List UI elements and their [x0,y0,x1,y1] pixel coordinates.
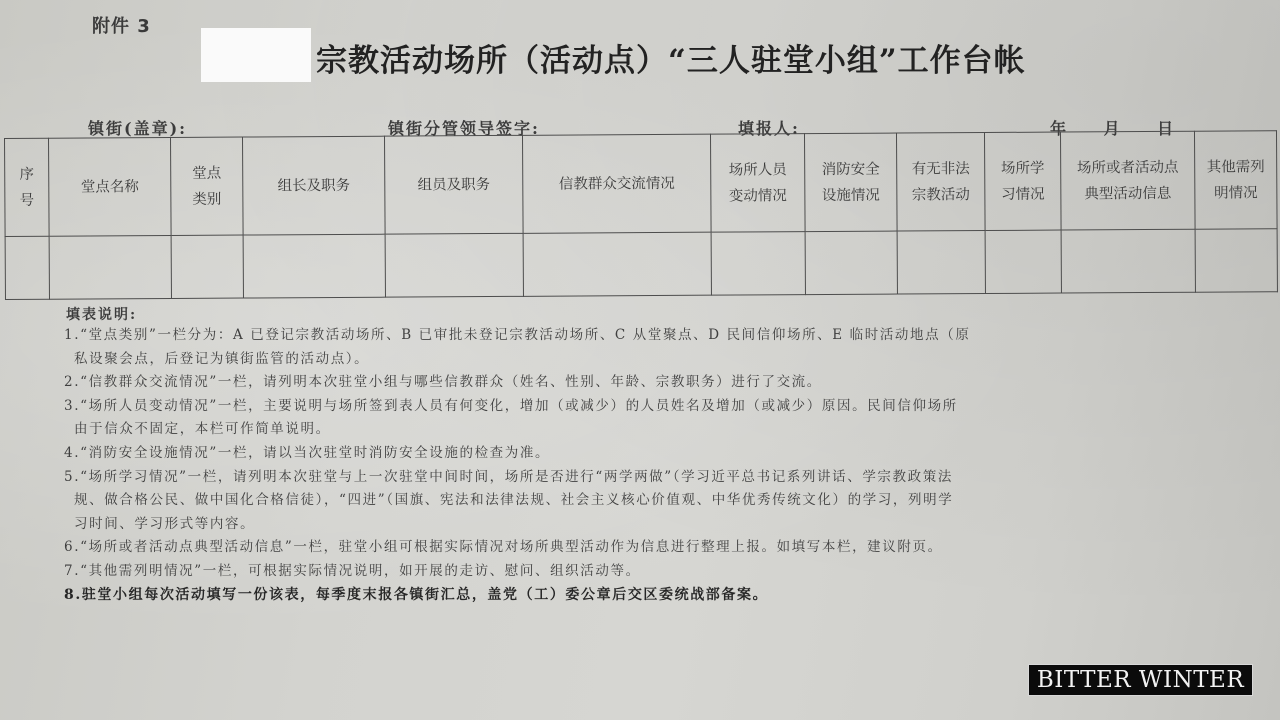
col-header-leader: 组长及职务 [242,136,385,235]
table-row [5,229,1277,300]
col-header-study-status: 场所学习情况 [984,132,1061,230]
instruction-line: 7.“其他需列明情况”一栏，可根据实际情况说明，如开展的走访、慰问、组织活动等。 [64,560,1244,584]
filling-instructions: 填表说明: 1.“堂点类别”一栏分为：A 已登记宗教活动场所、B 已审批未登记宗… [64,304,1244,607]
attachment-label: 附件 3 [92,12,151,38]
col-header-site-name: 堂点名称 [49,137,172,236]
col-header-fire-safety: 消防安全设施情况 [804,133,897,232]
col-header-serial: 序号 [5,138,50,236]
instruction-line: 由于信众不固定，本栏可作简单说明。 [64,418,1244,442]
instruction-line: 5.“场所学习情况”一栏，请列明本次驻堂与上一次驻堂中间时间，场所是否进行“两学… [64,466,1244,490]
col-header-other: 其他需列明情况 [1194,131,1277,229]
watermark-logo: BITTER WINTER [1028,664,1253,696]
col-header-illegal-activity: 有无非法宗教活动 [896,133,985,232]
col-header-site-category: 堂点类别 [170,137,243,235]
redaction-box [201,28,311,82]
cell-study-status [985,230,1061,293]
col-header-typical-activity: 场所或者活动点典型活动信息 [1060,131,1195,230]
town-seal-label: 镇街(盖章): [88,116,187,139]
instruction-line: 私设聚会点，后登记为镇街监管的活动点）。 [64,348,1244,372]
instruction-line: 1.“堂点类别”一栏分为：A 已登记宗教活动场所、B 已审批未登记宗教活动场所、… [64,324,1244,348]
cell-other [1195,229,1277,292]
instruction-line: 习时间、学习形式等内容。 [64,513,1244,537]
instruction-line: 3.“场所人员变动情况”一栏，主要说明与场所签到表人员有何变化，增加（或减少）的… [64,395,1244,419]
col-header-believer-exchange: 信教群众交流情况 [522,134,711,233]
col-header-personnel-changes: 场所人员变动情况 [710,134,805,233]
cell-typical-activity [1061,229,1195,293]
cell-personnel-changes [711,232,805,296]
cell-members [385,233,523,297]
instruction-line: 2.“信教群众交流情况”一栏，请列明本次驻堂小组与哪些信教群众（姓名、性别、年龄… [64,371,1244,395]
cell-leader [243,234,385,298]
document-title: 宗教活动场所（活动点）“三人驻堂小组”工作台帐 [316,35,1026,80]
cell-believer-exchange [523,232,711,296]
cell-fire-safety [805,231,897,295]
instruction-line-final: 8.驻堂小组每次活动填写一份该表，每季度末报各镇街汇总，盖党（工）委公章后交区委… [64,584,1244,608]
work-ledger-table: 序号 堂点名称 堂点类别 组长及职务 组员及职务 信教群众交流情况 场所人员变动… [4,130,1278,300]
table-header-row: 序号 堂点名称 堂点类别 组长及职务 组员及职务 信教群众交流情况 场所人员变动… [5,131,1278,237]
instructions-title: 填表说明: [66,304,1244,324]
col-header-members: 组员及职务 [384,135,523,234]
cell-serial [5,236,49,299]
cell-site-category [171,235,243,298]
cell-illegal-activity [897,231,985,295]
instruction-line: 6.“场所或者活动点典型活动信息”一栏，驻堂小组可根据实际情况对场所典型活动作为… [64,536,1244,560]
instruction-line: 规、做合格公民、做中国化合格信徒），“四进”（国旗、宪法和法律法规、社会主义核心… [64,489,1244,513]
instruction-line: 4.“消防安全设施情况”一栏，请以当次驻堂时消防安全设施的检查为准。 [64,442,1244,466]
cell-site-name [49,235,171,299]
